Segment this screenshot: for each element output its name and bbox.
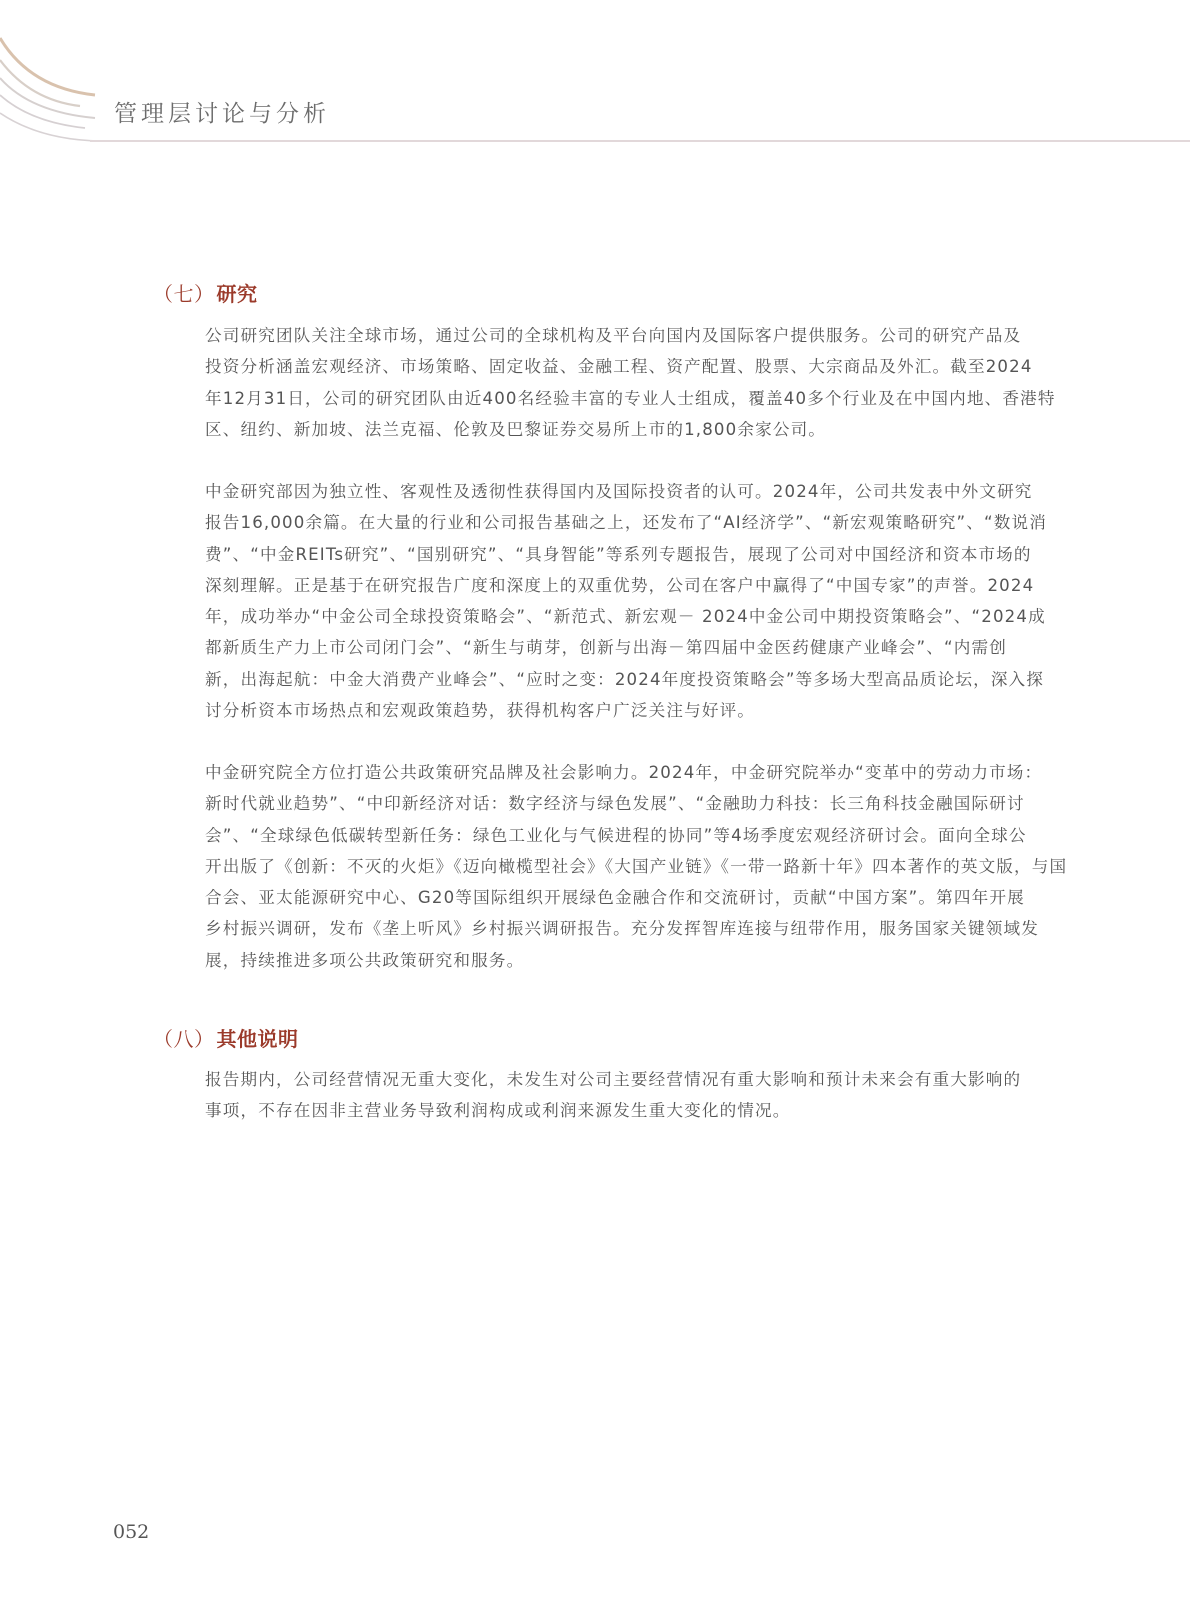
text-line: 中金研究院全方位打造公共政策研究品牌及社会影响力。2024年，中金研究院举办“变… xyxy=(205,757,1105,788)
text-line: 深刻理解。正是基于在研究报告广度和深度上的双重优势，公司在客户中赢得了“中国专家… xyxy=(205,570,1105,601)
text-line: 展，持续推进多项公共政策研究和服务。 xyxy=(205,945,1105,976)
text-line: 中金研究部因为独立性、客观性及透彻性获得国内及国际投资者的认可。2024年，公司… xyxy=(205,476,1105,507)
text-line: 开出版了《创新：不灭的火炬》《迈向橄榄型社会》《大国产业链》《一带一路新十年》四… xyxy=(205,851,1105,882)
text-line: 新，出海起航：中金大消费产业峰会”、“应时之变：2024年度投资策略会”等多场大… xyxy=(205,664,1105,695)
paragraph-research-institute: 中金研究院全方位打造公共政策研究品牌及社会影响力。2024年，中金研究院举办“变… xyxy=(205,757,1105,976)
text-line: 乡村振兴调研，发布《垄上听风》乡村振兴调研报告。充分发挥智库连接与纽带作用，服务… xyxy=(205,913,1105,944)
section-title-research: （七）研究 xyxy=(153,278,258,307)
section-number: （七） xyxy=(153,282,215,306)
text-line: 年，成功举办“中金公司全球投资策略会”、“新范式、新宏观－ 2024中金公司中期… xyxy=(205,601,1105,632)
paragraph-research-team: 公司研究团队关注全球市场，通过公司的全球机构及平台向国内及国际客户提供服务。公司… xyxy=(205,320,1105,445)
text-line: 公司研究团队关注全球市场，通过公司的全球机构及平台向国内及国际客户提供服务。公司… xyxy=(205,320,1105,351)
paragraph-research-department: 中金研究部因为独立性、客观性及透彻性获得国内及国际投资者的认可。2024年，公司… xyxy=(205,476,1105,726)
decorative-arcs-icon xyxy=(0,0,120,150)
text-line: 报告期内，公司经营情况无重大变化，未发生对公司主要经营情况有重大影响和预计未来会… xyxy=(205,1064,1105,1095)
text-line: 投资分析涵盖宏观经济、市场策略、固定收益、金融工程、资产配置、股票、大宗商品及外… xyxy=(205,351,1105,382)
text-line: 都新质生产力上市公司闭门会”、“新生与萌芽，创新与出海－第四届中金医药健康产业峰… xyxy=(205,632,1105,663)
page-header-title: 管理层讨论与分析 xyxy=(114,95,330,128)
text-line: 报告16,000余篇。在大量的行业和公司报告基础之上，还发布了“AI经济学”、“… xyxy=(205,507,1105,538)
section-number: （八） xyxy=(153,1027,215,1051)
text-line: 年12月31日，公司的研究团队由近400名经验丰富的专业人士组成，覆盖40多个行… xyxy=(205,383,1105,414)
header-divider xyxy=(90,140,1190,142)
text-line: 会”、“全球绿色低碳转型新任务：绿色工业化与气候进程的协同”等4场季度宏观经济研… xyxy=(205,820,1105,851)
section-title-other-notes: （八）其他说明 xyxy=(153,1023,299,1052)
text-line: 讨分析资本市场热点和宏观政策趋势，获得机构客户广泛关注与好评。 xyxy=(205,695,1105,726)
text-line: 事项，不存在因非主营业务导致利润构成或利润来源发生重大变化的情况。 xyxy=(205,1095,1105,1126)
paragraph-other-notes: 报告期内，公司经营情况无重大变化，未发生对公司主要经营情况有重大影响和预计未来会… xyxy=(205,1064,1105,1127)
section-heading: 其他说明 xyxy=(217,1027,299,1051)
text-line: 合会、亚太能源研究中心、G20等国际组织开展绿色金融合作和交流研讨，贡献“中国方… xyxy=(205,882,1105,913)
text-line: 区、纽约、新加坡、法兰克福、伦敦及巴黎证券交易所上市的1,800余家公司。 xyxy=(205,414,1105,445)
text-line: 新时代就业趋势”、“中印新经济对话：数字经济与绿色发展”、“金融助力科技：长三角… xyxy=(205,788,1105,819)
section-heading: 研究 xyxy=(217,282,258,306)
text-line: 费”、“中金REITs研究”、“国别研究”、“具身智能”等系列专题报告，展现了公… xyxy=(205,539,1105,570)
page-number: 052 xyxy=(113,1521,149,1543)
